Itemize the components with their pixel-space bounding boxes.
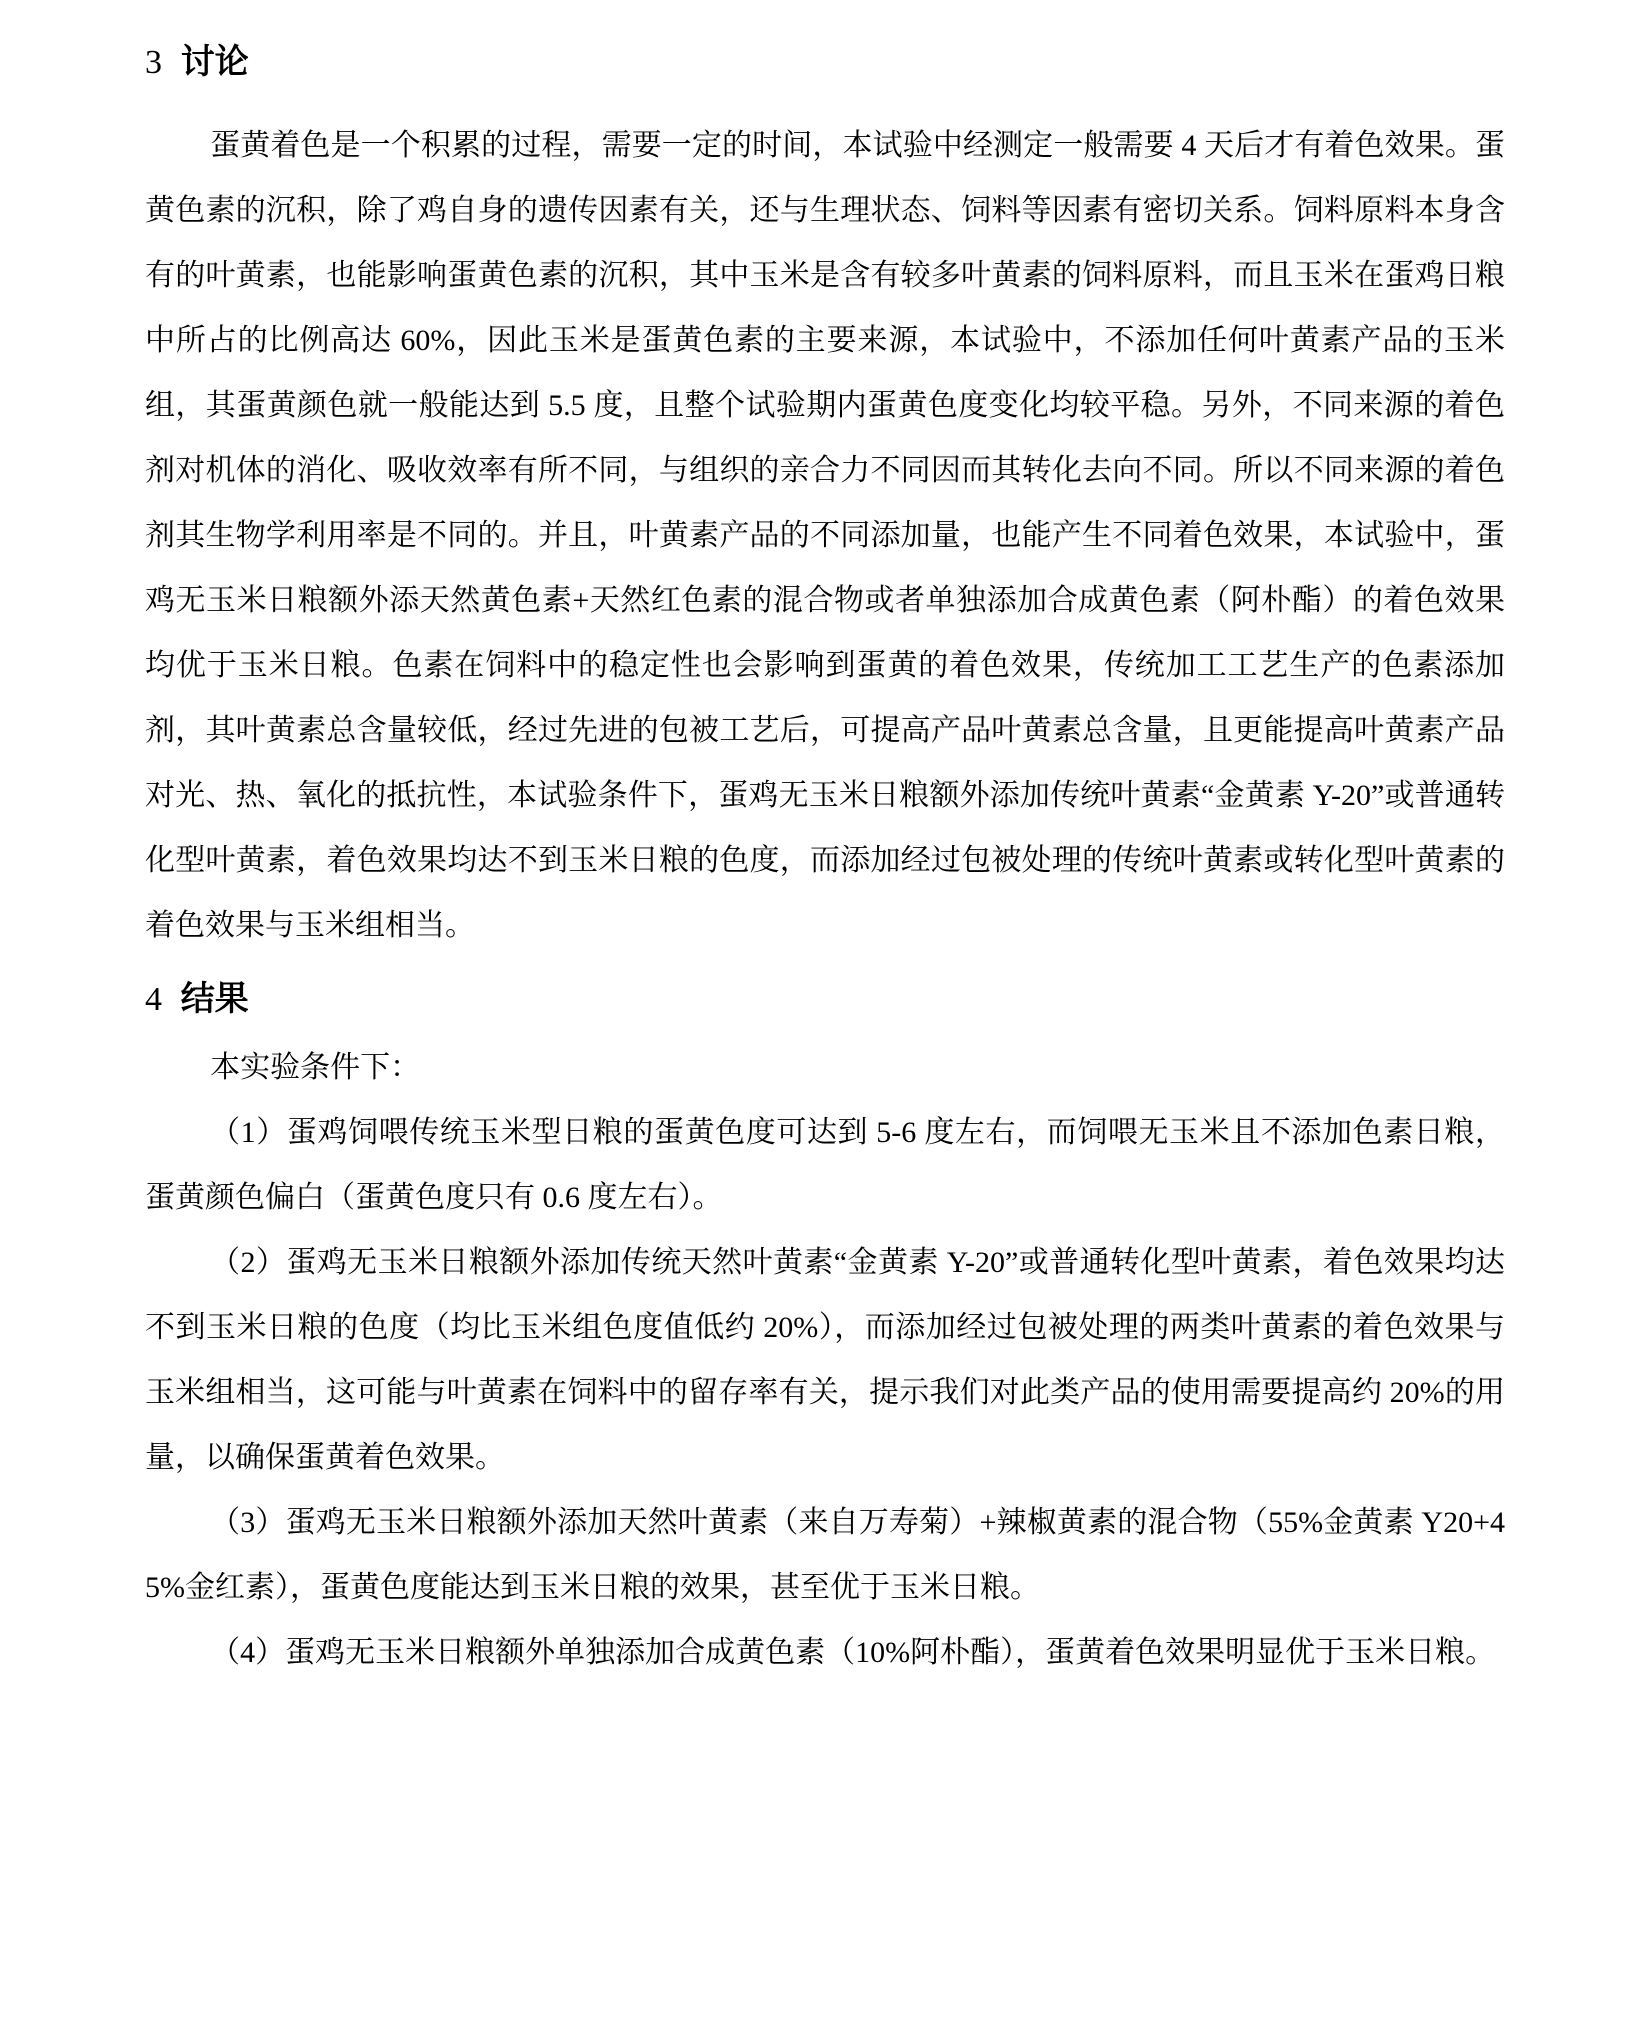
section-heading-results: 4结果 [145, 979, 1505, 1020]
result-item-2: （2）蛋鸡无玉米日粮额外添加传统天然叶黄素“金黄素 Y-20”或普通转化型叶黄素… [145, 1230, 1505, 1490]
result-item-3: （3）蛋鸡无玉米日粮额外添加天然叶黄素（来自万寿菊）+辣椒黄素的混合物（55%金… [145, 1490, 1505, 1620]
section-heading-discussion: 3讨论 [145, 42, 1505, 83]
document-page: 3讨论 蛋黄着色是一个积累的过程，需要一定的时间，本试验中经测定一般需要 4 天… [0, 0, 1648, 2024]
heading-number: 4 [145, 981, 162, 1018]
result-item-1: （1）蛋鸡饲喂传统玉米型日粮的蛋黄色度可达到 5-6 度左右，而饲喂无玉米且不添… [145, 1100, 1505, 1230]
results-intro-paragraph: 本实验条件下： [145, 1035, 1505, 1100]
result-item-4: （4）蛋鸡无玉米日粮额外单独添加合成黄色素（10%阿朴酯），蛋黄着色效果明显优于… [145, 1620, 1505, 1685]
heading-title: 结果 [181, 980, 249, 1018]
heading-number: 3 [145, 44, 162, 81]
discussion-paragraph: 蛋黄着色是一个积累的过程，需要一定的时间，本试验中经测定一般需要 4 天后才有着… [145, 113, 1505, 958]
heading-title: 讨论 [181, 43, 249, 81]
